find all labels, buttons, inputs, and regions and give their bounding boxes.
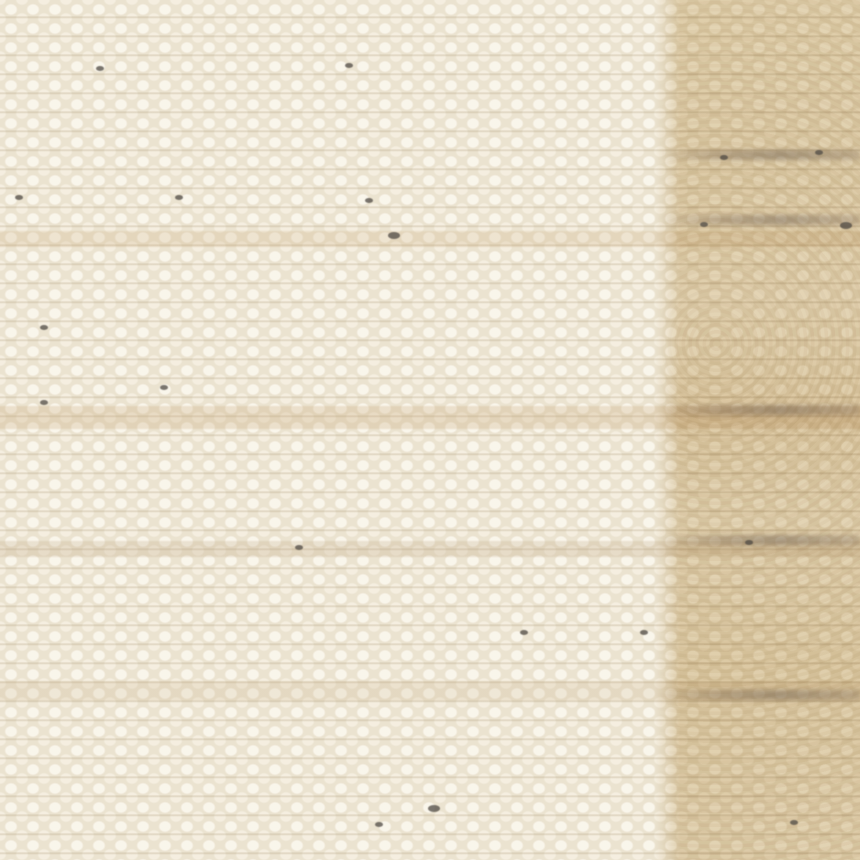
shag-streak [660, 150, 860, 160]
fleck [15, 195, 23, 200]
rug-texture-photo [0, 0, 860, 860]
fleck [745, 540, 753, 545]
fleck [365, 198, 373, 203]
shag-streak [660, 215, 860, 225]
fleck [815, 150, 823, 155]
fleck [295, 545, 303, 550]
fleck [345, 63, 353, 68]
shag-streak [660, 535, 860, 545]
shag-streak [660, 690, 860, 700]
fleck [388, 232, 400, 239]
fleck [840, 222, 852, 229]
fleck [175, 195, 183, 200]
fleck [790, 820, 798, 825]
shag-streak [660, 405, 860, 415]
fleck [40, 400, 48, 405]
fleck [160, 385, 168, 390]
fleck [428, 805, 440, 812]
fleck [40, 325, 48, 330]
fleck [96, 66, 104, 71]
fleck [640, 630, 648, 635]
fleck [520, 630, 528, 635]
shag-band [655, 0, 860, 860]
fleck [375, 822, 383, 827]
fleck [700, 222, 708, 227]
fleck [720, 155, 728, 160]
